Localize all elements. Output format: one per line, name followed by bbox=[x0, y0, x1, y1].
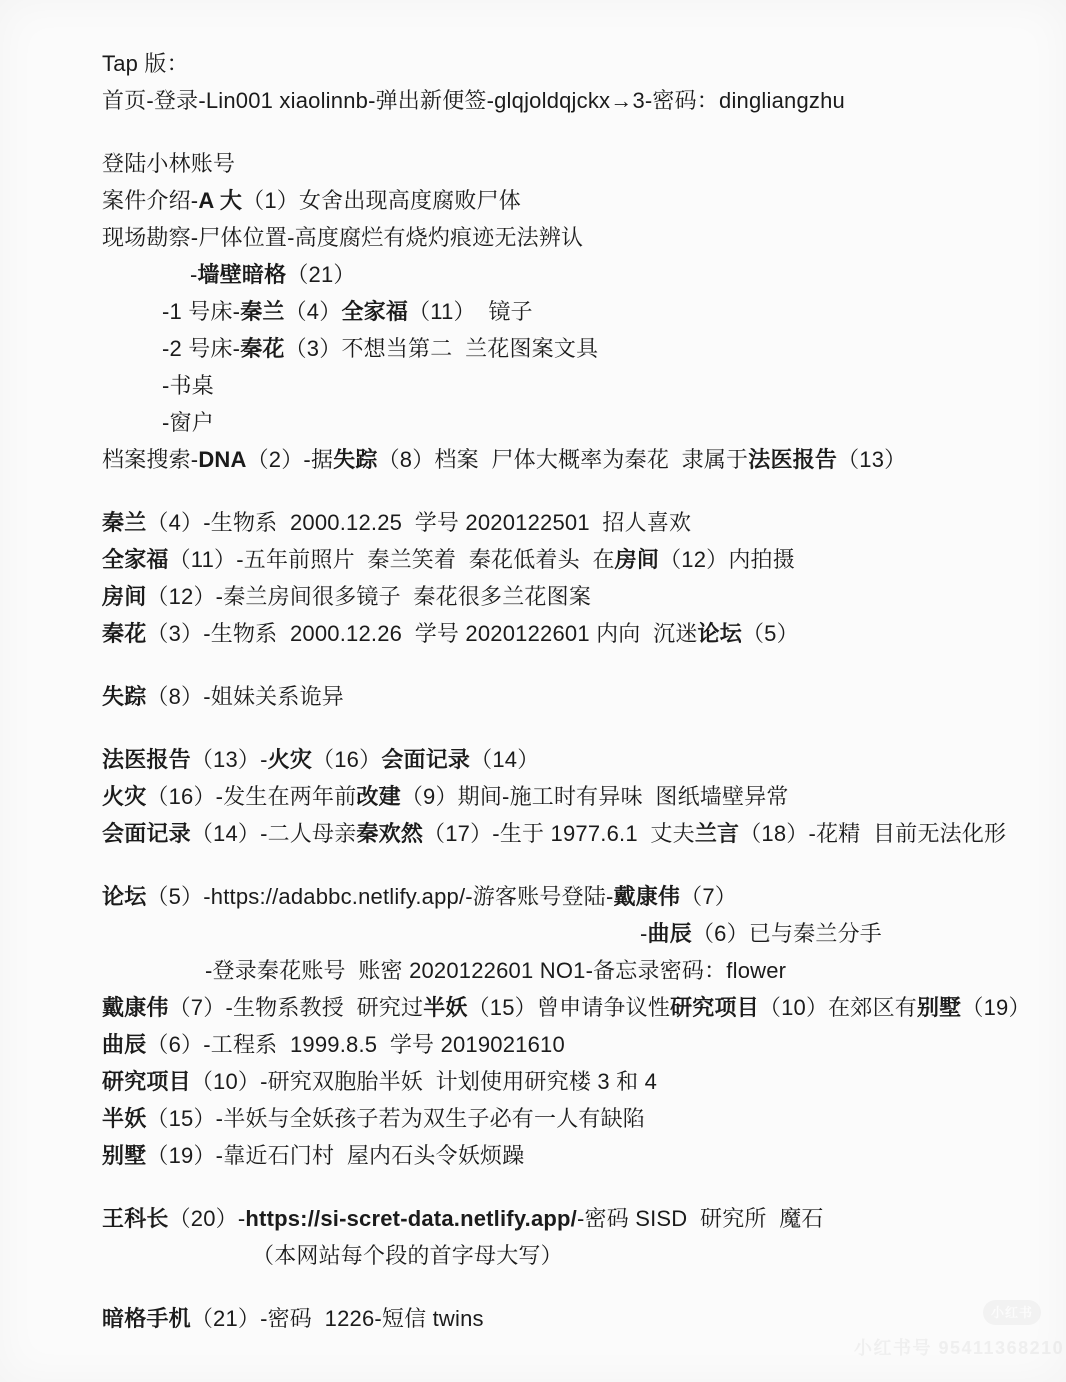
blank-line bbox=[102, 1174, 1052, 1200]
keyword-text: 改建 bbox=[356, 784, 400, 809]
plain-text: （16） bbox=[312, 747, 381, 772]
doc-line: -1 号床-秦兰（4）全家福（11） 镜子 bbox=[102, 293, 1052, 330]
keyword-text: 王科长 bbox=[102, 1206, 169, 1231]
plain-text: （2）-据 bbox=[247, 447, 334, 472]
doc-line: 登陆小林账号 bbox=[102, 145, 1052, 182]
keyword-text: 戴康伟 bbox=[102, 995, 169, 1020]
keyword-text: 会面记录 bbox=[381, 747, 470, 772]
keyword-text: 火灾 bbox=[268, 747, 312, 772]
keyword-text: 墙壁暗格 bbox=[198, 262, 287, 287]
plain-text: （6）-工程系 1999.8.5 学号 2019021610 bbox=[146, 1032, 565, 1057]
plain-text: （8）档案 尸体大概率为秦花 隶属于 bbox=[378, 447, 749, 472]
plain-text: （14） bbox=[470, 747, 539, 772]
plain-text: - bbox=[190, 262, 198, 287]
doc-line: -书桌 bbox=[102, 367, 1052, 404]
keyword-text: 研究项目 bbox=[102, 1069, 191, 1094]
plain-text: （7）-生物系教授 研究过 bbox=[169, 995, 424, 1020]
doc-line: 论坛（5）-https://adabbc.netlify.app/-游客账号登陆… bbox=[102, 878, 1052, 915]
doc-line: 失踪（8）-姐妹关系诡异 bbox=[102, 678, 1052, 715]
keyword-text: 半妖 bbox=[423, 995, 467, 1020]
keyword-text: A 大 bbox=[198, 188, 242, 213]
plain-text: -2 号床- bbox=[162, 336, 240, 361]
plain-text: （10）-研究双胞胎半妖 计划使用研究楼 3 和 4 bbox=[191, 1069, 657, 1094]
doc-line: 戴康伟（7）-生物系教授 研究过半妖（15）曾申请争议性研究项目（10）在郊区有… bbox=[102, 989, 1052, 1026]
plain-text: -密码 SISD 研究所 魔石 bbox=[577, 1206, 824, 1231]
keyword-text: 论坛 bbox=[698, 621, 742, 646]
plain-text: （21） bbox=[286, 262, 355, 287]
keyword-text: 论坛 bbox=[102, 884, 146, 909]
doc-line: 会面记录（14）-二人母亲秦欢然（17）-生于 1977.6.1 丈夫兰言（18… bbox=[102, 815, 1052, 852]
keyword-text: 曲辰 bbox=[102, 1032, 146, 1057]
keyword-text: 兰言 bbox=[695, 821, 739, 846]
keyword-text: 全家福 bbox=[102, 547, 169, 572]
plain-text: （19）-靠近石门村 屋内石头令妖烦躁 bbox=[146, 1143, 524, 1168]
plain-text: （10）在郊区有 bbox=[759, 995, 917, 1020]
keyword-text: DNA bbox=[198, 447, 246, 472]
keyword-text: 全家福 bbox=[341, 299, 408, 324]
plain-text: -书桌 bbox=[162, 373, 214, 398]
plain-text: （12）-秦兰房间很多镜子 秦花很多兰花图案 bbox=[146, 584, 591, 609]
plain-text: （3）不想当第二 兰花图案文具 bbox=[285, 336, 599, 361]
doc-line: 首页-登录-Lin001 xiaolinnb-弹出新便签-glqjoldqjck… bbox=[102, 82, 1052, 119]
plain-text: （11）-五年前照片 秦兰笑着 秦花低着头 在 bbox=[169, 547, 615, 572]
plain-text: （8）-姐妹关系诡异 bbox=[146, 684, 344, 709]
doc-line: -窗户 bbox=[102, 404, 1052, 441]
plain-text: 首页-登录-Lin001 xiaolinnb-弹出新便签-glqjoldqjck… bbox=[102, 88, 845, 113]
keyword-text: 法医报告 bbox=[748, 447, 837, 472]
keyword-text: 失踪 bbox=[333, 447, 377, 472]
keyword-text: 半妖 bbox=[102, 1106, 146, 1131]
document-content: Tap 版：首页-登录-Lin001 xiaolinnb-弹出新便签-glqjo… bbox=[0, 0, 1066, 1337]
doc-line: -曲辰（6）已与秦兰分手 bbox=[102, 915, 1052, 952]
plain-text: 现场勘察-尸体位置-高度腐烂有烧灼痕迹无法辨认 bbox=[102, 225, 583, 250]
keyword-text: 秦兰 bbox=[102, 510, 146, 535]
keyword-text: 别墅 bbox=[917, 995, 961, 1020]
plain-text: （13）- bbox=[191, 747, 268, 772]
doc-line: 法医报告（13）-火灾（16）会面记录（14） bbox=[102, 741, 1052, 778]
doc-line: 档案搜索-DNA（2）-据失踪（8）档案 尸体大概率为秦花 隶属于法医报告（13… bbox=[102, 441, 1052, 478]
plain-text: （21）-密码 1226-短信 twins bbox=[191, 1306, 484, 1331]
plain-text: （5） bbox=[742, 621, 799, 646]
plain-text: （5）-https://adabbc.netlify.app/-游客账号登陆- bbox=[146, 884, 613, 909]
xiaohongshu-id: 小红书号 95411368210 bbox=[854, 1334, 1064, 1360]
plain-text: （17）-生于 1977.6.1 丈夫 bbox=[423, 821, 695, 846]
keyword-text: 秦花 bbox=[102, 621, 146, 646]
keyword-text: 曲辰 bbox=[648, 921, 692, 946]
doc-line: -登录秦花账号 账密 2020122601 NO1-备忘录密码：flower bbox=[102, 952, 1052, 989]
plain-text: 案件介绍- bbox=[102, 188, 198, 213]
keyword-text: https://si-scret-data.netlify.app/ bbox=[245, 1206, 577, 1231]
doc-line: 研究项目（10）-研究双胞胎半妖 计划使用研究楼 3 和 4 bbox=[102, 1063, 1052, 1100]
keyword-text: 戴康伟 bbox=[614, 884, 681, 909]
plain-text: 登陆小林账号 bbox=[102, 151, 235, 176]
plain-text: - bbox=[640, 921, 648, 946]
plain-text: （12）内拍摄 bbox=[659, 547, 795, 572]
plain-text: （18）-花精 目前无法化形 bbox=[739, 821, 1006, 846]
keyword-text: 秦兰 bbox=[240, 299, 284, 324]
plain-text: （7） bbox=[680, 884, 737, 909]
plain-text: -1 号床- bbox=[162, 299, 240, 324]
doc-line: -墙壁暗格（21） bbox=[102, 256, 1052, 293]
plain-text: （15）-半妖与全妖孩子若为双生子必有一人有缺陷 bbox=[146, 1106, 645, 1131]
plain-text: （11） 镜子 bbox=[408, 299, 533, 324]
doc-line: 王科长（20）-https://si-scret-data.netlify.ap… bbox=[102, 1200, 1052, 1237]
keyword-text: 暗格手机 bbox=[102, 1306, 191, 1331]
keyword-text: 法医报告 bbox=[102, 747, 191, 772]
blank-line bbox=[102, 478, 1052, 504]
doc-line: 半妖（15）-半妖与全妖孩子若为双生子必有一人有缺陷 bbox=[102, 1100, 1052, 1137]
doc-line: 别墅（19）-靠近石门村 屋内石头令妖烦躁 bbox=[102, 1137, 1052, 1174]
plain-text: （本网站每个段的首字母大写） bbox=[252, 1243, 563, 1268]
doc-line: 全家福（11）-五年前照片 秦兰笑着 秦花低着头 在房间（12）内拍摄 bbox=[102, 541, 1052, 578]
doc-line: （本网站每个段的首字母大写） bbox=[102, 1237, 1052, 1274]
keyword-text: 秦花 bbox=[240, 336, 284, 361]
plain-text: -窗户 bbox=[162, 410, 214, 435]
plain-text: （6）已与秦兰分手 bbox=[692, 921, 882, 946]
plain-text: -登录秦花账号 账密 2020122601 NO1-备忘录密码：flower bbox=[205, 958, 786, 983]
plain-text: （19） bbox=[961, 995, 1030, 1020]
doc-line: 案件介绍-A 大（1）女舍出现高度腐败尸体 bbox=[102, 182, 1052, 219]
keyword-text: 会面记录 bbox=[102, 821, 191, 846]
keyword-text: 研究项目 bbox=[670, 995, 759, 1020]
doc-line: 秦花（3）-生物系 2000.12.26 学号 2020122601 内向 沉迷… bbox=[102, 615, 1052, 652]
keyword-text: 房间 bbox=[102, 584, 146, 609]
plain-text: （4） bbox=[285, 299, 342, 324]
keyword-text: 秦欢然 bbox=[356, 821, 423, 846]
doc-line: 房间（12）-秦兰房间很多镜子 秦花很多兰花图案 bbox=[102, 578, 1052, 615]
doc-line: 现场勘察-尸体位置-高度腐烂有烧灼痕迹无法辨认 bbox=[102, 219, 1052, 256]
doc-line: Tap 版： bbox=[102, 45, 1052, 82]
plain-text: （3）-生物系 2000.12.26 学号 2020122601 内向 沉迷 bbox=[146, 621, 697, 646]
keyword-text: 别墅 bbox=[102, 1143, 146, 1168]
plain-text: （1）女舍出现高度腐败尸体 bbox=[242, 188, 521, 213]
blank-line bbox=[102, 1274, 1052, 1300]
plain-text: （20）- bbox=[169, 1206, 246, 1231]
plain-text: （16）-发生在两年前 bbox=[146, 784, 356, 809]
doc-line: -2 号床-秦花（3）不想当第二 兰花图案文具 bbox=[102, 330, 1052, 367]
blank-line bbox=[102, 852, 1052, 878]
doc-line: 秦兰（4）-生物系 2000.12.25 学号 2020122501 招人喜欢 bbox=[102, 504, 1052, 541]
plain-text: Tap 版： bbox=[102, 51, 189, 76]
blank-line bbox=[102, 652, 1052, 678]
xiaohongshu-logo: 小红书 bbox=[983, 1300, 1041, 1325]
keyword-text: 失踪 bbox=[102, 684, 146, 709]
keyword-text: 火灾 bbox=[102, 784, 146, 809]
doc-line: 暗格手机（21）-密码 1226-短信 twins bbox=[102, 1300, 1052, 1337]
plain-text: （4）-生物系 2000.12.25 学号 2020122501 招人喜欢 bbox=[146, 510, 691, 535]
plain-text: （14）-二人母亲 bbox=[191, 821, 357, 846]
plain-text: （15）曾申请争议性 bbox=[468, 995, 670, 1020]
plain-text: （13） bbox=[837, 447, 906, 472]
blank-line bbox=[102, 119, 1052, 145]
doc-line: 曲辰（6）-工程系 1999.8.5 学号 2019021610 bbox=[102, 1026, 1052, 1063]
plain-text: （9）期间-施工时有异味 图纸墙壁异常 bbox=[401, 784, 789, 809]
blank-line bbox=[102, 715, 1052, 741]
doc-line: 火灾（16）-发生在两年前改建（9）期间-施工时有异味 图纸墙壁异常 bbox=[102, 778, 1052, 815]
plain-text: 档案搜索- bbox=[102, 447, 198, 472]
keyword-text: 房间 bbox=[615, 547, 659, 572]
